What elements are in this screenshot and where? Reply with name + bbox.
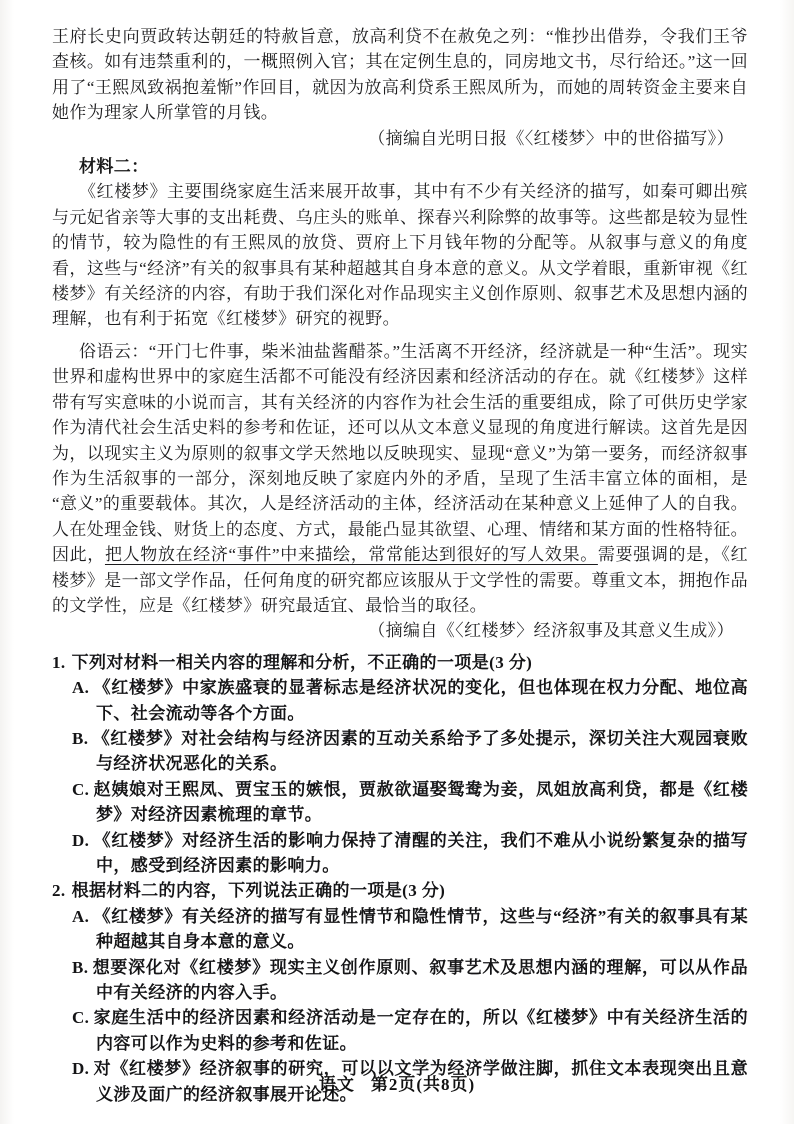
- option-d-text: 《红楼梦》对经济生活的影响力保持了清醒的关注，我们不难从小说纷繁复杂的描写中，感…: [93, 831, 748, 875]
- paragraph-text-before-underline: 俗语云：“开门七件事，柴米油盐酱醋茶。”生活离不开经济，经济就是一种“生活”。现…: [52, 342, 748, 564]
- option-d-label: D.: [72, 831, 89, 850]
- option-a-text: 《红楼梦》有关经济的描写有显性情节和隐性情节，这些与“经济”有关的叙事具有某种超…: [93, 907, 748, 951]
- question-2-option-a: A.《红楼梦》有关经济的描写有显性情节和隐性情节，这些与“经济”有关的叙事具有某…: [52, 904, 748, 955]
- question-1: 1.下列对材料一相关内容的理解和分析，不正确的一项是(3 分) A.《红楼梦》中…: [52, 650, 748, 879]
- option-b-text: 《红楼梦》对社会结构与经济因素的互动关系给予了多处提示，深切关注大观园衰败与经济…: [92, 729, 748, 773]
- underlined-sentence: 把人物放在经济“事件”中来描绘，常常能达到很好的写人效果。: [105, 545, 598, 564]
- option-c-label: C.: [72, 780, 89, 799]
- question-2-option-c: C.家庭生活中的经济因素和经济活动是一定存在的，所以《红楼梦》中有关经济生活的内…: [52, 1005, 748, 1056]
- questions-section: 1.下列对材料一相关内容的理解和分析，不正确的一项是(3 分) A.《红楼梦》中…: [52, 650, 748, 1107]
- question-1-option-d: D.《红楼梦》对经济生活的影响力保持了清醒的关注，我们不难从小说纷繁复杂的描写中…: [52, 828, 748, 879]
- question-2-stem: 2.根据材料二的内容，下列说法正确的一项是(3 分): [52, 878, 748, 903]
- option-a-label: A.: [72, 907, 89, 926]
- option-c-text: 赵姨娘对王熙凤、贾宝玉的嫉恨，贾赦欲逼娶鸳鸯为妾，凤姐放高利贷，都是《红楼梦》对…: [93, 780, 748, 824]
- option-b-text: 想要深化对《红楼梦》现实主义创作原则、叙事艺术及思想内涵的理解，可以从作品中有关…: [92, 958, 748, 1002]
- question-2-number: 2.: [52, 881, 66, 900]
- question-2-stem-text: 根据材料二的内容，下列说法正确的一项是(3 分): [72, 881, 446, 900]
- option-a-text: 《红楼梦》中家族盛衰的显著标志是经济状况的变化，但也体现在权力分配、地位高下、社…: [93, 678, 748, 722]
- material-two-attribution: （摘编自《〈红楼梦〉经济叙事及其意义生成》）: [52, 618, 748, 643]
- question-1-option-b: B.《红楼梦》对社会结构与经济因素的互动关系给予了多处提示，深切关注大观园衰败与…: [52, 726, 748, 777]
- option-c-text: 家庭生活中的经济因素和经济活动是一定存在的，所以《红楼梦》中有关经济生活的内容可…: [93, 1008, 748, 1052]
- material-one-paragraph-continuation: 王府长史向贾政转达朝廷的特赦旨意，放高利贷不在赦免之列：“惟抄出借券，令我们王爷…: [52, 24, 748, 126]
- material-two-paragraph-1: 《红楼梦》主要围绕家庭生活来展开故事，其中有不少有关经济的描写，如秦可卿出殡与元…: [52, 179, 748, 331]
- page-content: 王府长史向贾政转达朝廷的特赦旨意，放高利贷不在赦免之列：“惟抄出借券，令我们王爷…: [52, 24, 748, 1107]
- option-b-label: B.: [72, 729, 88, 748]
- question-1-option-a: A.《红楼梦》中家族盛衰的显著标志是经济状况的变化，但也体现在权力分配、地位高下…: [52, 675, 748, 726]
- material-two-paragraph-2: 俗语云：“开门七件事，柴米油盐酱醋茶。”生活离不开经济，经济就是一种“生活”。现…: [52, 339, 748, 618]
- option-c-label: C.: [72, 1008, 89, 1027]
- page-footer: 语文第2页(共8页): [0, 1070, 794, 1095]
- question-1-stem: 1.下列对材料一相关内容的理解和分析，不正确的一项是(3 分): [52, 650, 748, 675]
- exam-paper-page: 王府长史向贾政转达朝廷的特赦旨意，放高利贷不在赦免之列：“惟抄出借券，令我们王爷…: [0, 0, 794, 1124]
- question-1-number: 1.: [52, 653, 66, 672]
- material-two-heading: 材料二：: [79, 154, 748, 179]
- option-a-label: A.: [72, 678, 89, 697]
- footer-page-number: 第2页(共8页): [371, 1075, 475, 1094]
- option-b-label: B.: [72, 958, 88, 977]
- question-1-option-c: C.赵姨娘对王熙凤、贾宝玉的嫉恨，贾赦欲逼娶鸳鸯为妾，凤姐放高利贷，都是《红楼梦…: [52, 777, 748, 828]
- question-1-stem-text: 下列对材料一相关内容的理解和分析，不正确的一项是(3 分): [72, 653, 533, 672]
- footer-subject: 语文: [319, 1075, 355, 1094]
- material-one-attribution: （摘编自光明日报《〈红楼梦〉中的世俗描写》）: [52, 126, 748, 151]
- question-2-option-b: B.想要深化对《红楼梦》现实主义创作原则、叙事艺术及思想内涵的理解，可以从作品中…: [52, 955, 748, 1006]
